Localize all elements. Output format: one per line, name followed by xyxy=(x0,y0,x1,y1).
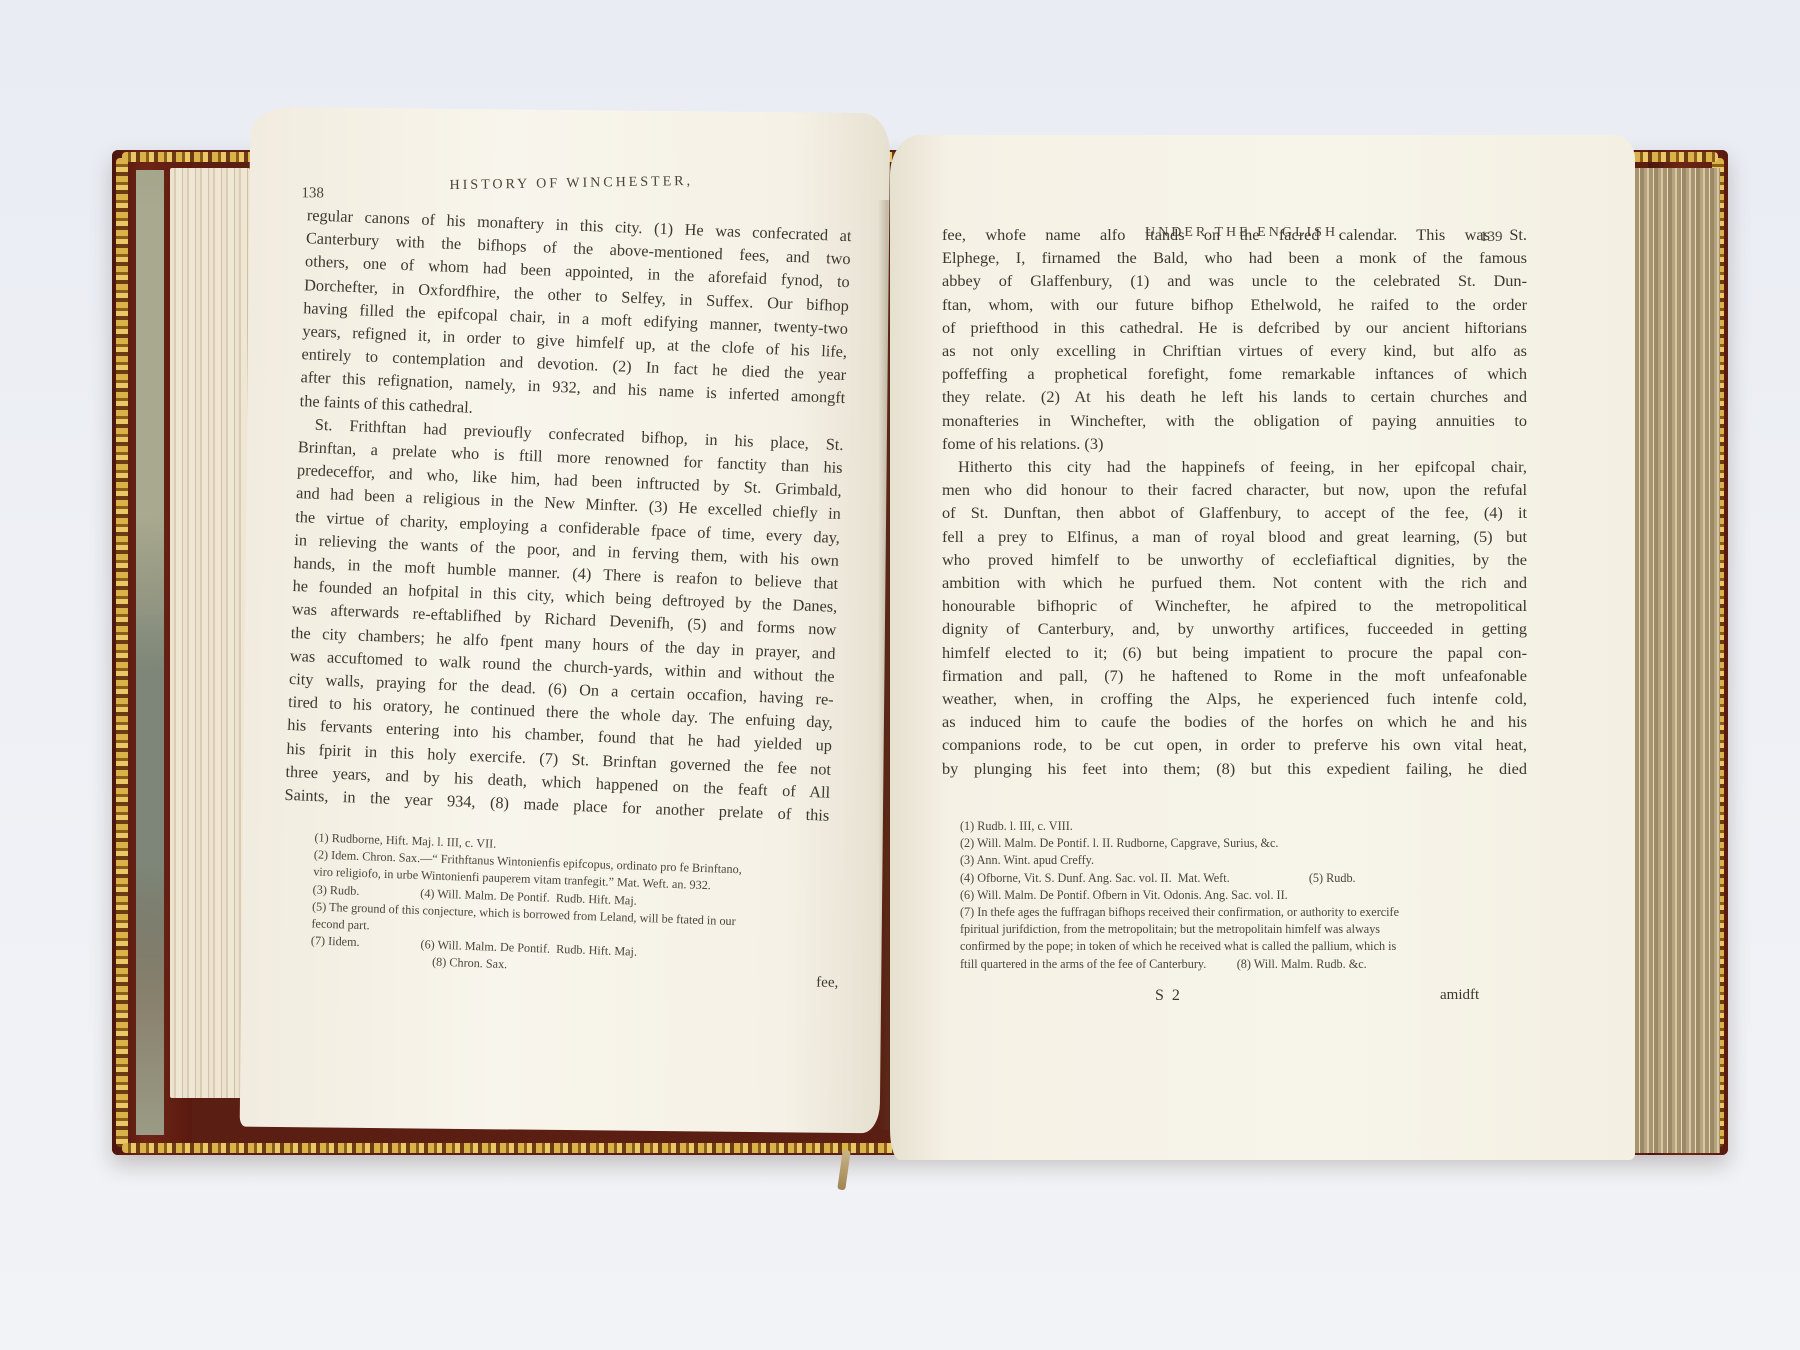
footnotes: (1) Rudb. l. III, c. VIII. (2) Will. Mal… xyxy=(960,818,1550,973)
text-line: of priefthood in this cathedral. He is d… xyxy=(942,316,1527,339)
footnotes: (1) Rudborne, Hift. Maj. l. III, c. VII.… xyxy=(310,829,844,985)
text-line: by plunging his feet into them; (8) but … xyxy=(942,757,1527,780)
footnote: (6) Will. Malm. De Pontif. Ofbern in Vit… xyxy=(960,887,1550,904)
text-line: fome of his relations. (3) xyxy=(942,432,1527,455)
catchword: fee, xyxy=(816,975,838,992)
page-stack-left xyxy=(170,168,250,1098)
printer-signature: S 2 xyxy=(1155,987,1182,1005)
footnote: (4) Ofborne, Vit. S. Dunf. Ang. Sac. vol… xyxy=(960,870,1550,887)
page-stack-right xyxy=(1630,168,1720,1153)
right-page: UNDER THE ENGLISH. 139 fee, whofe name a… xyxy=(890,135,1635,1160)
text-line: fee, whofe name alfo ftands on the facre… xyxy=(942,223,1527,246)
text-line: as not only excelling in Chriftian virtu… xyxy=(942,339,1527,362)
footnote: (3) Ann. Wint. apud Creffy. xyxy=(960,852,1550,869)
text-line: they relate. (2) At his death he left hi… xyxy=(942,385,1527,408)
running-head: HISTORY OF WINCHESTER, xyxy=(449,174,693,194)
text-line: poffeffing a prophetical forefight, fome… xyxy=(942,362,1527,385)
text-line: firmation and pall, (7) he haftened to R… xyxy=(942,664,1527,687)
text-line: ftan, whom, with our future bifhop Ethel… xyxy=(942,293,1527,316)
photo-scene: 138 HISTORY OF WINCHESTER, regular canon… xyxy=(0,0,1800,1350)
text-line: monafteries in Winchefter, with the obli… xyxy=(942,409,1527,432)
gilt-border-left xyxy=(116,158,128,1147)
footnote: (1) Rudb. l. III, c. VIII. xyxy=(960,818,1550,835)
body-text: fee, whofe name alfo ftands on the facre… xyxy=(942,223,1527,780)
text-line: Hitherto this city had the happinefs of … xyxy=(942,455,1527,478)
text-line: abbey of Glaffenbury, (1) and was uncle … xyxy=(942,269,1527,292)
footnote: (2) Will. Malm. De Pontif. l. II. Rudbor… xyxy=(960,835,1550,852)
text-line: ambition with which he purfued them. Not… xyxy=(942,571,1527,594)
marbled-endpaper-left xyxy=(136,170,164,1135)
page-number: 138 xyxy=(301,185,324,202)
text-line: weather, when, in croffing the Alps, he … xyxy=(942,687,1527,710)
text-line: as induced him to caufe the bodies of th… xyxy=(942,710,1527,733)
catchword: amidft xyxy=(1440,987,1479,1004)
binding-thread xyxy=(837,1150,850,1191)
footnote: confirmed by the pope; in token of which… xyxy=(960,938,1550,955)
text-line: companions rode, to be cut open, in orde… xyxy=(942,733,1527,756)
text-line: Elphege, I, firnamed the Bald, who had b… xyxy=(942,246,1527,269)
text-line: honourable bifhopric of Winchefter, he a… xyxy=(942,594,1527,617)
text-line: himfelf elected to it; (6) but being imp… xyxy=(942,641,1527,664)
footnote: fpiritual jurifdiction, from the metropo… xyxy=(960,921,1550,938)
text-line: who proved himfelf to be unworthy of ecc… xyxy=(942,548,1527,571)
text-line: of St. Dunftan, then abbot of Glaffenbur… xyxy=(942,501,1527,524)
text-line: dignity of Canterbury, and, by unworthy … xyxy=(942,617,1527,640)
text-line: fell a prey to Elfinus, a man of royal b… xyxy=(942,525,1527,548)
left-page: 138 HISTORY OF WINCHESTER, regular canon… xyxy=(240,107,891,1134)
footnote: (7) In thefe ages the fuffragan bifhops … xyxy=(960,904,1550,921)
text-line: men who did honour to their facred chara… xyxy=(942,478,1527,501)
footnote: ftill quartered in the arms of the fee o… xyxy=(960,956,1550,973)
body-text: regular canons of his monaftery in this … xyxy=(284,203,852,827)
